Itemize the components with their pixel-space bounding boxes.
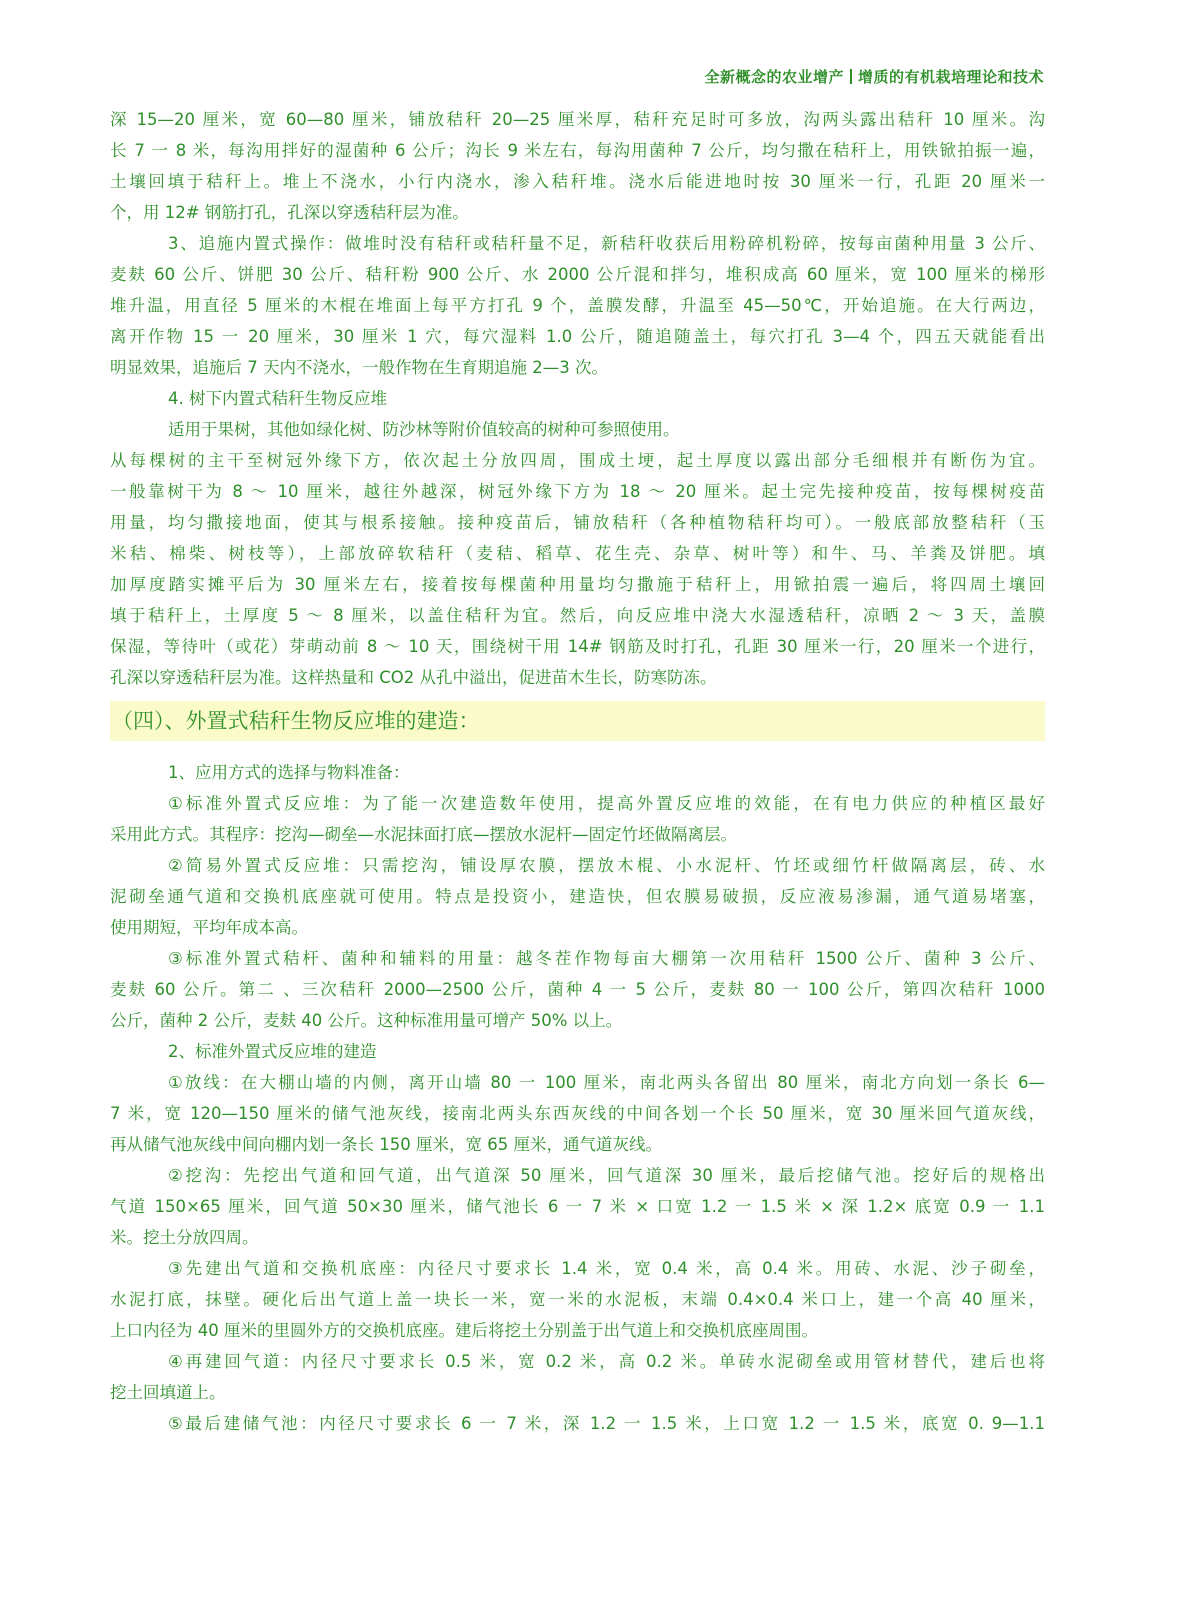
paragraph-line: 明显效果，追施后 7 天内不浇水，一般作物在生育期追施 2—3 次。 [110,352,1045,383]
paragraph-line: 长 7 一 8 米，每沟用拌好的湿菌种 6 公斤；沟长 9 米左右，每沟用菌种 … [110,135,1045,166]
paragraph-line: 保湿，等待叶（或花）芽萌动前 8 ～ 10 天，围绕树干用 14# 钢筋及时打孔… [110,631,1045,662]
paragraph-line: ⑤最后建储气池：内径尺寸要求长 6 一 7 米，深 1.2 一 1.5 米，上口… [110,1408,1045,1439]
paragraph-line: 孔深以穿透秸秆层为准。这样热量和 CO2 从孔中溢出，促进苗木生长，防寒防冻。 [110,662,1045,693]
paragraph-line: 离开作物 15 一 20 厘米，30 厘米 1 穴，每穴湿料 1.0 公斤，随追… [110,321,1045,352]
paragraph-line: 加厚度踏实摊平后为 30 厘米左右，接着按每棵菌种用量均匀撒施于秸秆上，用锨拍震… [110,569,1045,600]
subheading: 1、应用方式的选择与物料准备： [110,757,1045,788]
header-right: 增质的有机栽培理论和技术 [858,68,1044,86]
paragraph-line: 麦麸 60 公斤、饼肥 30 公斤、秸秆粉 900 公斤、水 2000 公斤混和… [110,259,1045,290]
paragraph-line: 适用于果树，其他如绿化树、防沙林等附价值较高的树种可参照使用。 [110,414,1045,445]
paragraph-line: 深 15—20 厘米，宽 60—80 厘米，铺放秸秆 20—25 厘米厚，秸秆充… [110,104,1045,135]
paragraph-line: 米秸、棉柴、树枝等），上部放碎软秸秆（麦秸、稻草、花生壳、杂草、树叶等）和牛、马… [110,538,1045,569]
paragraph-line: ②简易外置式反应堆：只需挖沟，铺设厚农膜，摆放木棍、小水泥杆、竹坯或细竹杆做隔离… [110,850,1045,881]
paragraph-line: ③标准外置式秸杆、菌种和辅料的用量：越冬茬作物每亩大棚第一次用秸秆 1500 公… [110,943,1045,974]
paragraph-line: ①标准外置式反应堆：为了能一次建造数年使用，提高外置反应堆的效能，在有电力供应的… [110,788,1045,819]
paragraph-line: ④再建回气道：内径尺寸要求长 0.5 米，宽 0.2 米，高 0.2 米。单砖水… [110,1346,1045,1377]
paragraph-line: ①放线：在大棚山墙的内侧，离开山墙 80 一 100 厘米，南北两头各留出 80… [110,1067,1045,1098]
running-header: 全新概念的农业增产增质的有机栽培理论和技术 [704,66,1044,87]
paragraph-line: ②挖沟：先挖出气道和回气道，出气道深 50 厘米，回气道深 30 厘米，最后挖储… [110,1160,1045,1191]
header-separator [850,69,852,84]
subheading: 4. 树下内置式秸秆生物反应堆 [110,383,1045,414]
paragraph-line: 上口内径为 40 厘米的里圆外方的交换机底座。建后将挖土分别盖于出气道上和交换机… [110,1315,1045,1346]
paragraph-line: ③先建出气道和交换机底座：内径尺寸要求长 1.4 米，宽 0.4 米，高 0.4… [110,1253,1045,1284]
paragraph-line: 3、追施内置式操作：做堆时没有秸秆或秸秆量不足，新秸秆收获后用粉碎机粉碎，按每亩… [110,228,1045,259]
paragraph-line: 公斤，菌种 2 公斤，麦麸 40 公斤。这种标准用量可增产 50% 以上。 [110,1005,1045,1036]
paragraph-line: 使用期短，平均年成本高。 [110,912,1045,943]
paragraph-line: 堆升温，用直径 5 厘米的木棍在堆面上每平方打孔 9 个，盖膜发酵，升温至 45… [110,290,1045,321]
paragraph-line: 从每棵树的主干至树冠外缘下方，依次起土分放四周，围成土埂，起土厚度以露出部分毛细… [110,445,1045,476]
section-heading: （四）、外置式秸秆生物反应堆的建造： [110,701,1045,741]
paragraph-line: 再从储气池灰线中间向棚内划一条长 150 厘米，宽 65 厘米，通气道灰线。 [110,1129,1045,1160]
paragraph-line: 个，用 12# 钢筋打孔，孔深以穿透秸秆层为准。 [110,197,1045,228]
paragraph-line: 土壤回填于秸秆上。堆上不浇水，小行内浇水，渗入秸秆堆。浇水后能进地时按 30 厘… [110,166,1045,197]
header-left: 全新概念的农业增产 [704,68,844,86]
page-body: 深 15—20 厘米，宽 60—80 厘米，铺放秸秆 20—25 厘米厚，秸秆充… [110,104,1045,1439]
paragraph-line: 挖土回填道上。 [110,1377,1045,1408]
paragraph-line: 泥砌垒通气道和交换机底座就可使用。特点是投资小，建造快，但农膜易破损，反应液易渗… [110,881,1045,912]
paragraph-line: 水泥打底，抹壁。硬化后出气道上盖一块长一米，宽一米的水泥板，末端 0.4×0.4… [110,1284,1045,1315]
paragraph-line: 填于秸秆上，土厚度 5 ～ 8 厘米，以盖住秸秆为宜。然后，向反应堆中浇大水湿透… [110,600,1045,631]
paragraph-line: 7 米，宽 120—150 厘米的储气池灰线，接南北两头东西灰线的中间各划一个长… [110,1098,1045,1129]
paragraph-line: 气道 150×65 厘米，回气道 50×30 厘米，储气池长 6 一 7 米 ×… [110,1191,1045,1222]
paragraph-line: 一般靠树干为 8 ～ 10 厘米，越往外越深，树冠外缘下方为 18 ～ 20 厘… [110,476,1045,507]
paragraph-line: 麦麸 60 公斤。第二 、三次秸秆 2000—2500 公斤，菌种 4 一 5 … [110,974,1045,1005]
subheading: 2、标准外置式反应堆的建造 [110,1036,1045,1067]
paragraph-line: 米。挖土分放四周。 [110,1222,1045,1253]
paragraph-line: 采用此方式。其程序：挖沟—砌垒—水泥抹面打底—摆放水泥杆—固定竹坯做隔离层。 [110,819,1045,850]
paragraph-line: 用量，均匀撒接地面，使其与根系接触。接种疫苗后，铺放秸秆（各种植物秸秆均可）。一… [110,507,1045,538]
